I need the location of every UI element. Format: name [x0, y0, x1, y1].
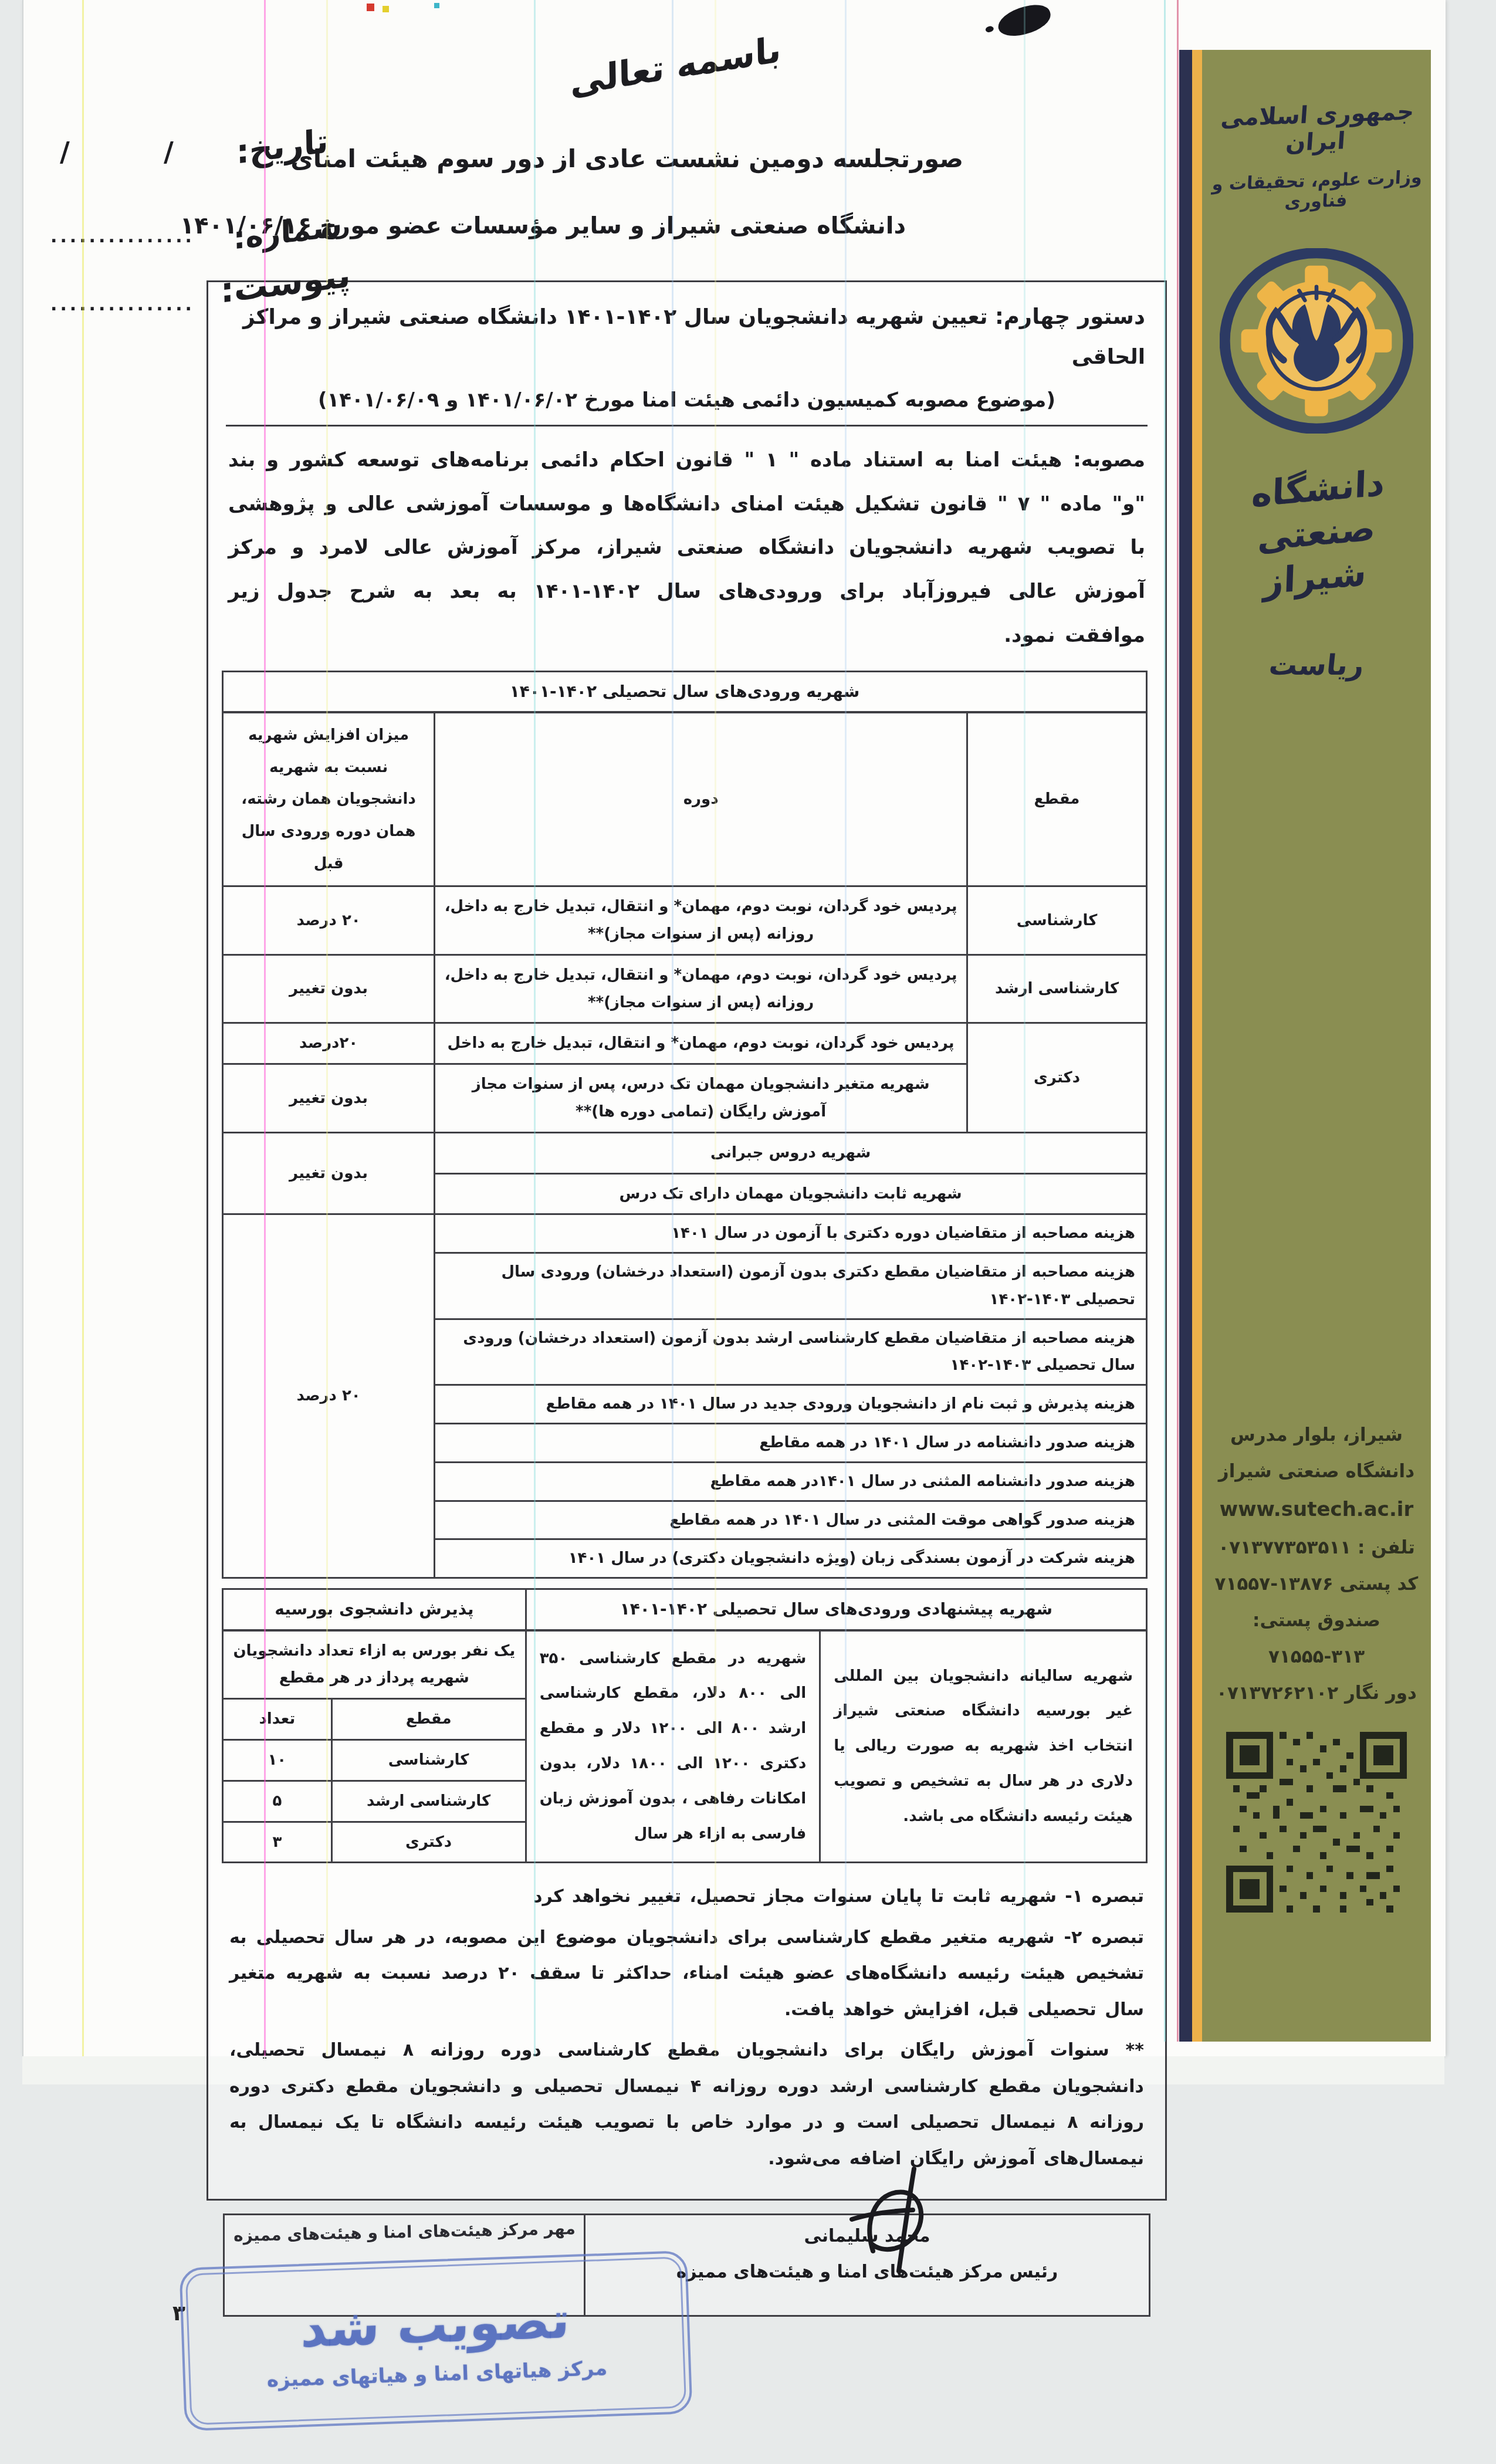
cell-increase: ۲۰درصد: [223, 1023, 435, 1064]
scanned-letter-page: باسمه تعالی صورتجلسه دومین نشست عادی از …: [22, 0, 1446, 2056]
cell-program: شهریه دروس جبرانی: [435, 1132, 1147, 1173]
phone-line: تلفن : ۰۷۱۳۷۷۳۵۳۵۱۱: [1202, 1529, 1431, 1566]
cell-increase: بدون تغییر: [223, 1132, 435, 1214]
sidebar-gold-stripe: [1192, 50, 1202, 2042]
cell-count: ۵: [223, 1781, 332, 1822]
qr-code-icon: [1220, 1725, 1413, 1921]
cell-program: پردیس خود گردان، نوبت دوم، مهمان* و انتق…: [435, 955, 967, 1023]
handwritten-signature-icon: [834, 2162, 957, 2279]
po-box-line: صندوق پستی: ۷۱۵۵۵-۳۱۳: [1202, 1602, 1431, 1675]
bismillah-calligraphy: باسمه تعالی: [570, 29, 781, 104]
postal-label: کد پستی: [1339, 1573, 1418, 1595]
office-name: ریاست: [1200, 649, 1433, 682]
cell-increase: بدون تغییر: [223, 1064, 435, 1133]
bursary-title: پذیرش دانشجوی بورسیه: [223, 1589, 526, 1630]
university-name-calligraphy: دانشگاه صنعتی شیراز: [1200, 457, 1433, 610]
resolution-text: هیئت امنا به استناد ماده " ۱ " قانون احک…: [228, 448, 1145, 647]
col-header-count: تعداد: [223, 1699, 332, 1740]
cell-level: کارشناسی ارشد: [331, 1781, 526, 1822]
cell-increase: ۲۰ درصد: [223, 886, 435, 955]
scan-line-artifact: [1177, 0, 1179, 2042]
cell-fee: هزینه مصاحبه از متقاضیان مقطع دکتری بدون…: [435, 1253, 1147, 1319]
cell-level: کارشناسی: [331, 1740, 526, 1781]
cell-increase: ۲۰ درصد: [223, 1214, 435, 1578]
document-title-line1: صورتجلسه دومین نشست عادی از دور سوم هیئت…: [290, 144, 963, 173]
agenda-line1: دستور چهارم: تعیین شهریه دانشجویان سال ۱…: [228, 296, 1145, 378]
approval-stamp-inner: تصویب شد مرکز هیاتهای امنا و هیاتهای ممی…: [185, 2257, 686, 2425]
cell-program: شهریه ثابت دانشجویان مهمان دارای تک درس: [435, 1173, 1147, 1214]
table-row: شهریه سالیانه دانشجویان بین المللی غیر ب…: [223, 1630, 1147, 1699]
postal-code-line: کد پستی ۷۱۵۵۷-۱۳۸۷۶: [1202, 1566, 1431, 1602]
stamp-approved-text: تصویب شد: [300, 2291, 571, 2359]
phone-label: تلفن :: [1358, 1537, 1415, 1558]
seal-cell-label: مهر مرکز هیئت‌های امنا و هیئت‌های ممیزه: [233, 2219, 576, 2245]
ministry-name: وزارت علوم، تحقیقات و فناوری: [1201, 167, 1431, 216]
agenda-heading: دستور چهارم:: [995, 304, 1145, 329]
address-block: شیراز، بلوار مدرس دانشگاه صنعتی شیراز ww…: [1202, 1417, 1431, 1711]
cell-fee: هزینه صدور دانشنامه در سال ۱۴۰۱ در همه م…: [435, 1424, 1147, 1463]
agenda-line2: (موضوع مصوبه کمیسیون دائمی هیئت امنا مور…: [228, 388, 1145, 412]
pobox-label: صندوق پستی:: [1253, 1610, 1380, 1631]
table-row: کارشناسی پردیس خود گردان، نوبت دوم، مهما…: [223, 886, 1147, 955]
note-1: تبصره ۱- شهریه ثابت تا پایان سنوات مجاز …: [229, 1879, 1144, 1915]
number-field-dots: ...............: [50, 226, 195, 247]
tuition-table-title: شهریه ورودی‌های سال تحصیلی ۱۴۰۲-۱۴۰۱: [223, 671, 1147, 712]
fax-value: ۰۷۱۳۷۲۶۲۱۰۲: [1216, 1675, 1338, 1711]
website-url: www.sutech.ac.ir: [1202, 1490, 1431, 1529]
cell-program: پردیس خود گردان، نوبت دوم، مهمان* و انتق…: [435, 886, 967, 955]
col-header-level: مقطع: [967, 712, 1147, 886]
table-row: کارشناسی ارشد پردیس خود گردان، نوبت دوم،…: [223, 955, 1147, 1023]
postal-value: ۷۱۵۵۷-۱۳۸۷۶: [1215, 1566, 1333, 1602]
main-content-column: دستور چهارم: تعیین شهریه دانشجویان سال ۱…: [207, 280, 1167, 2317]
pobox-value: ۷۱۵۵۵-۳۱۳: [1268, 1639, 1365, 1675]
stamp-center-name: مرکز هیاتهای امنا و هیاتهای ممیزه: [266, 2357, 608, 2392]
signature-block: محمد سلیمانی رئیس مرکز هیئت‌های امنا و ه…: [223, 2213, 1150, 2317]
approval-stamp-icon: تصویب شد مرکز هیاتهای امنا و هیاتهای ممی…: [179, 2250, 692, 2431]
resolution-heading: مصوبه:: [1073, 448, 1145, 472]
cell-program: پردیس خود گردان، نوبت دوم، مهمان* و انتق…: [435, 1023, 967, 1064]
address-line1: شیراز، بلوار مدرس: [1202, 1417, 1431, 1453]
cell-count: ۳: [223, 1822, 332, 1863]
col-header-increase: میزان افزایش شهریه نسبت به شهریه دانشجوی…: [223, 712, 435, 886]
cell-program: شهریه متغیر دانشجویان مهمان تک درس، پس ا…: [435, 1064, 967, 1133]
intl-table-title: شهریه پیشنهادی ورودی‌های سال تحصیلی ۱۴۰۲…: [526, 1589, 1146, 1630]
table-row: شهریه دروس جبرانی بدون تغییر: [223, 1132, 1147, 1173]
address-line2: دانشگاه صنعتی شیراز: [1202, 1453, 1431, 1490]
intl-tuition-table: شهریه پیشنهادی ورودی‌های سال تحصیلی ۱۴۰۲…: [222, 1588, 1148, 1863]
cell-level: کارشناسی: [967, 886, 1147, 955]
attachment-field-dots: ...............: [50, 295, 195, 315]
cell-level: کارشناسی ارشد: [967, 955, 1147, 1023]
cell-level: دکتری: [967, 1023, 1147, 1132]
tuition-table: شهریه ورودی‌های سال تحصیلی ۱۴۰۲-۱۴۰۱ مقط…: [222, 671, 1148, 1579]
date-field-empty: / /: [60, 136, 174, 168]
intl-policy-cell: شهریه سالیانه دانشجویان بین المللی غیر ب…: [820, 1630, 1147, 1863]
letterhead-sidebar: جمهوری اسلامی ایران وزارت علوم، تحقیقات …: [1202, 50, 1431, 2042]
cell-fee: هزینه مصاحبه از متقاضیان مقطع کارشناسی ا…: [435, 1319, 1147, 1385]
agenda-paragraph: دستور چهارم: تعیین شهریه دانشجویان سال ۱…: [226, 290, 1148, 427]
fax-line: دور نگار ۰۷۱۳۷۲۶۲۱۰۲: [1202, 1675, 1431, 1711]
table-row: دکتری پردیس خود گردان، نوبت دوم، مهمان* …: [223, 1023, 1147, 1064]
cell-increase: بدون تغییر: [223, 955, 435, 1023]
cell-fee: هزینه صدور دانشنامه المثنی در سال ۱۴۰۱در…: [435, 1462, 1147, 1501]
cell-fee: هزینه صدور گواهی موقت المثنی در سال ۱۴۰۱…: [435, 1501, 1147, 1539]
col-header-level: مقطع: [331, 1699, 526, 1740]
cell-fee: هزینه پذیرش و ثبت نام از دانشجویان ورودی…: [435, 1385, 1147, 1424]
fax-label: دور نگار: [1345, 1683, 1417, 1704]
note-2: تبصره ۲- شهریه متغیر مقطع کارشناسی برای …: [229, 1920, 1144, 2028]
country-name: جمهوری اسلامی ایران: [1200, 97, 1433, 160]
cell-level: دکتری: [331, 1822, 526, 1863]
university-emblem-icon: [1202, 248, 1431, 436]
phone-value: ۰۷۱۳۷۷۳۵۳۵۱۱: [1218, 1529, 1351, 1566]
bursary-rule-cell: یک نفر بورس به ازاء تعداد دانشجویان شهری…: [223, 1630, 526, 1699]
cell-fee: هزینه شرکت در آزمون بسندگی زبان (ویژه دا…: [435, 1539, 1147, 1578]
sidebar-navy-stripe: [1179, 50, 1192, 2042]
resolution-paragraph: مصوبه: هیئت امنا به استناد ماده " ۱ " قا…: [226, 427, 1148, 661]
resolution-box: دستور چهارم: تعیین شهریه دانشجویان سال ۱…: [207, 280, 1167, 2201]
col-header-program: دوره: [435, 712, 967, 886]
cell-fee: هزینه مصاحبه از متقاضیان دوره دکتری با آ…: [435, 1214, 1147, 1253]
cell-count: ۱۰: [223, 1740, 332, 1781]
notes-section: تبصره ۱- شهریه ثابت تا پایان سنوات مجاز …: [226, 1863, 1148, 2184]
usd-amounts-cell: شهریه در مقطع کارشناسی ۳۵۰ الی ۸۰۰ دلار،…: [526, 1630, 820, 1863]
note-3: ** سنوات آموزش رایگان برای دانشجویان مقط…: [229, 2032, 1144, 2177]
table-row: هزینه مصاحبه از متقاضیان دوره دکتری با آ…: [223, 1214, 1147, 1253]
